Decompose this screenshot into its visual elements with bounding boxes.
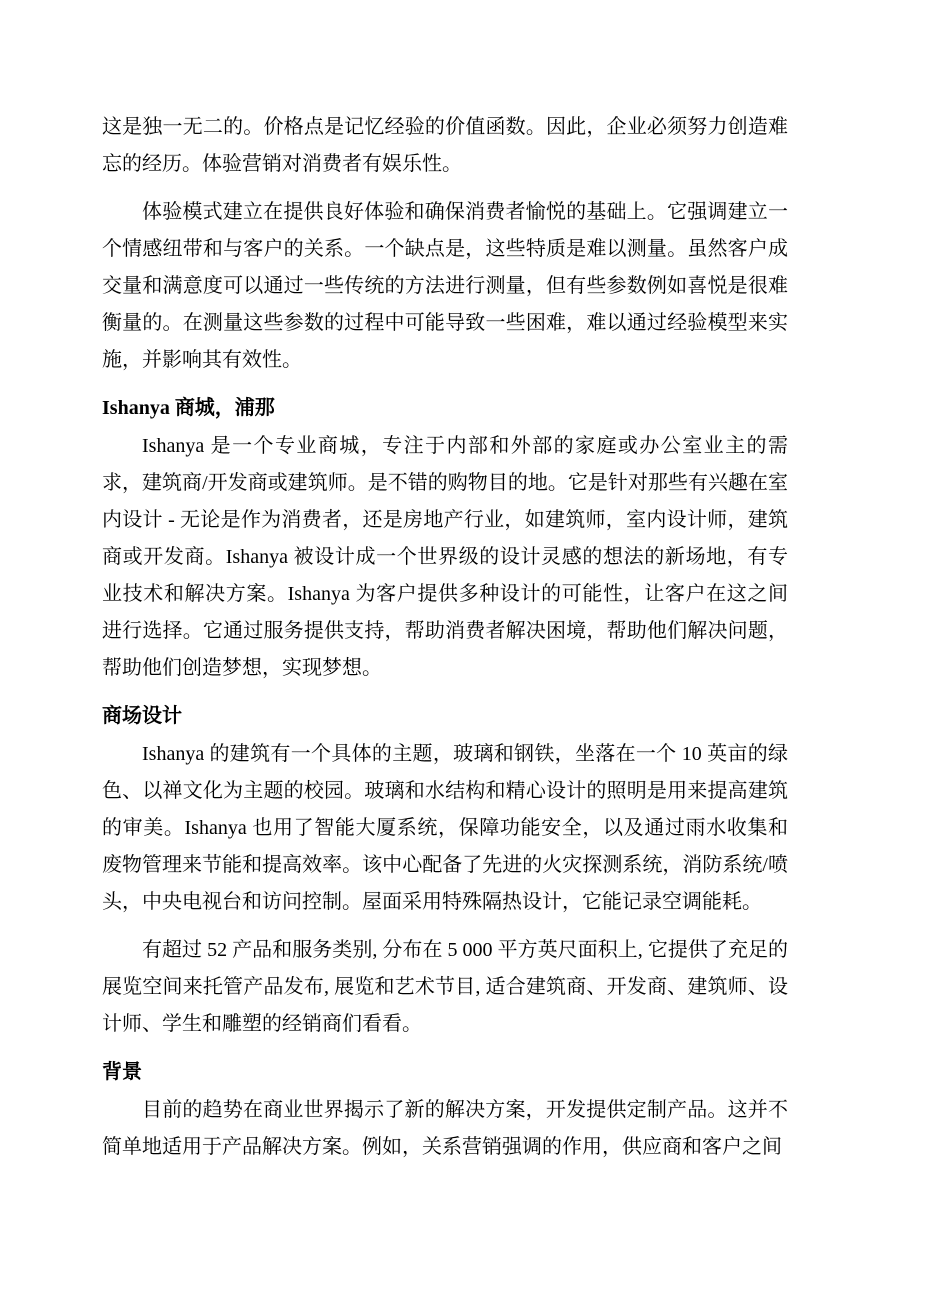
paragraph-ishanya-overview: Ishanya 是一个专业商城，专注于内部和外部的家庭或办公室业主的需求，建筑商…: [102, 428, 788, 687]
paragraph-product-categories: 有超过 52 产品和服务类别, 分布在 5 000 平方英尺面积上, 它提供了充…: [102, 932, 788, 1043]
section-heading-ishanya-mall-pune: Ishanya 商城，浦那: [102, 390, 788, 427]
paragraph-business-trends: 目前的趋势在商业世界揭示了新的解决方案，开发提供定制产品。这并不简单地适用于产品…: [102, 1092, 788, 1166]
section-heading-mall-design: 商场设计: [102, 698, 788, 735]
paragraph-mall-architecture: Ishanya 的建筑有一个具体的主题，玻璃和钢铁，坐落在一个 10 英亩的绿色…: [102, 736, 788, 921]
section-heading-background: 背景: [102, 1054, 788, 1091]
document-page: 这是独一无二的。价格点是记忆经验的价值函数。因此，企业必须努力创造难忘的经历。体…: [0, 0, 926, 1309]
paragraph-price-experience: 这是独一无二的。价格点是记忆经验的价值函数。因此，企业必须努力创造难忘的经历。体…: [102, 109, 788, 183]
paragraph-experience-model: 体验模式建立在提供良好体验和确保消费者愉悦的基础上。它强调建立一个情感纽带和与客…: [102, 194, 788, 379]
